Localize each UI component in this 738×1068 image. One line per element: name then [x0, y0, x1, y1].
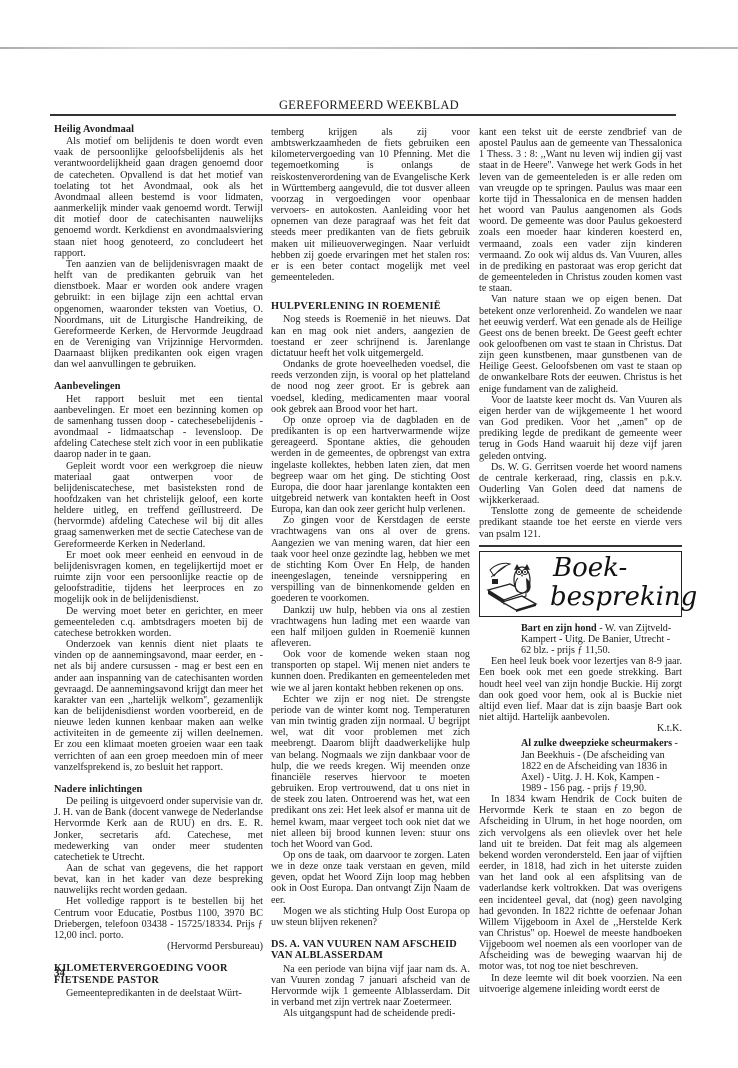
heading-line: KILOMETERVERGOEDING VOOR: [54, 963, 228, 974]
paragraph: De peiling is uitgevoerd onder supervisi…: [54, 796, 263, 863]
scan-edge-line: [0, 47, 738, 49]
paragraph: Van nature staan we op eigen benen. Dat …: [479, 294, 682, 394]
paragraph: Als motief om belijdenis te doen wordt e…: [54, 136, 263, 259]
paragraph: kant een tekst uit de eerste zendbrief v…: [479, 127, 682, 294]
book-title: Al zulke dweepzieke scheurmakers: [521, 738, 672, 749]
paragraph: Gemeentepredikanten in de deelstaat Würt…: [54, 988, 263, 999]
paragraph: Aan de schat van gegevens, die het rappo…: [54, 863, 263, 896]
reviewer-signature: K.t.K.: [479, 723, 682, 734]
paragraph: Ds. W. G. Gerritsen voerde het woord nam…: [479, 462, 682, 507]
banner-line: bespreking: [550, 583, 697, 612]
boekbespreking-banner: Boek- bespreking: [479, 551, 682, 617]
boekbespreking-title: Boek- bespreking: [550, 554, 697, 612]
paragraph: Na een periode van bijna vijf jaar nam d…: [271, 964, 470, 1009]
subheading-nadere-inlichtingen: Nadere inlichtingen: [54, 784, 263, 795]
paragraph: Ook voor de komende weken staan nog tran…: [271, 649, 470, 694]
paragraph: Ondanks de grote hoeveelheden voedsel, d…: [271, 359, 470, 415]
paragraph: Als uitgangspunt had de scheidende predi…: [271, 1008, 470, 1019]
paragraph: Echter we zijn er nog niet. De strengste…: [271, 694, 470, 850]
article-heading-kilometervergoeding: KILOMETERVERGOEDING VOOR FIETSENDE PASTO…: [54, 963, 263, 986]
paragraph: Het rapport besluit met een tiental aanb…: [54, 394, 263, 461]
article-heading-roemenie: HULPVERLENING IN ROEMENIË: [271, 301, 470, 312]
subheading-aanbevelingen: Aanbevelingen: [54, 381, 263, 392]
paragraph: Zo gingen voor de Kerstdagen de eerste v…: [271, 515, 470, 604]
paragraph: Mogen we als stichting Hulp Oost Europa …: [271, 906, 470, 928]
paragraph: In 1834 kwam Hendrik de Cock buiten de H…: [479, 794, 682, 973]
subheading-heilig-avondmaal: Heilig Avondmaal: [54, 124, 263, 135]
article-heading-van-vuuren: DS. A. VAN VUUREN NAM AFSCHEID VAN ALBLA…: [271, 939, 470, 962]
book-entry: Bart en zijn hond - W. van Zijtveld-Kamp…: [479, 623, 682, 656]
owl-books-quill-icon: [486, 558, 550, 612]
paragraph: De werving moet beter en gerichter, en m…: [54, 606, 263, 639]
book-entry: Al zulke dweepzieke scheurmakers - Jan B…: [479, 738, 682, 794]
paragraph: Er moet ook meer eenheid en eenvoud in d…: [54, 550, 263, 606]
banner-line: Boek-: [550, 554, 697, 583]
book-title: Bart en zijn hond: [521, 623, 597, 634]
paragraph: Het volledige rapport is te bestellen bi…: [54, 896, 263, 941]
page-number: 34: [54, 967, 65, 979]
header-rule: [50, 114, 676, 116]
column-1: Heilig Avondmaal Als motief om belijdeni…: [54, 124, 263, 999]
heading-line: VAN ALBLASSERDAM: [271, 950, 383, 961]
paragraph: Een heel leuk boek voor lezertjes van 8-…: [479, 656, 682, 723]
publication-title: GEREFORMEERD WEEKBLAD: [0, 98, 738, 113]
heading-line: DS. A. VAN VUUREN NAM AFSCHEID: [271, 939, 457, 950]
paragraph: Gepleit wordt voor een werkgroep die nie…: [54, 461, 263, 550]
paragraph: Onderzoek van kennis dient niet plaats t…: [54, 639, 263, 773]
section-rule: [479, 545, 682, 547]
source-credit: (Hervormd Persbureau): [54, 941, 263, 952]
paragraph: Tenslotte zong de gemeente de scheidende…: [479, 506, 682, 539]
paragraph: Voor de laatste keer mocht ds. Van Vuure…: [479, 395, 682, 462]
paragraph: Nog steeds is Roemenië in het nieuws. Da…: [271, 314, 470, 359]
column-3: kant een tekst uit de eerste zendbrief v…: [479, 127, 682, 995]
column-2: temberg krijgen als zij voor ambtswerkza…: [271, 127, 470, 1019]
paragraph: Dankzij uw hulp, hebben via ons al zesti…: [271, 605, 470, 650]
heading-line: FIETSENDE PASTOR: [54, 975, 159, 986]
paragraph: temberg krijgen als zij voor ambtswerkza…: [271, 127, 470, 283]
paragraph: Ten aanzien van de belijdenisvragen maak…: [54, 259, 263, 371]
paragraph: In deze leemte wil dit boek voorzien. Na…: [479, 973, 682, 995]
paragraph: Op onze oproep via de dagbladen en de pr…: [271, 415, 470, 515]
paragraph: Op ons de taak, om daarvoor te zorgen. L…: [271, 850, 470, 906]
